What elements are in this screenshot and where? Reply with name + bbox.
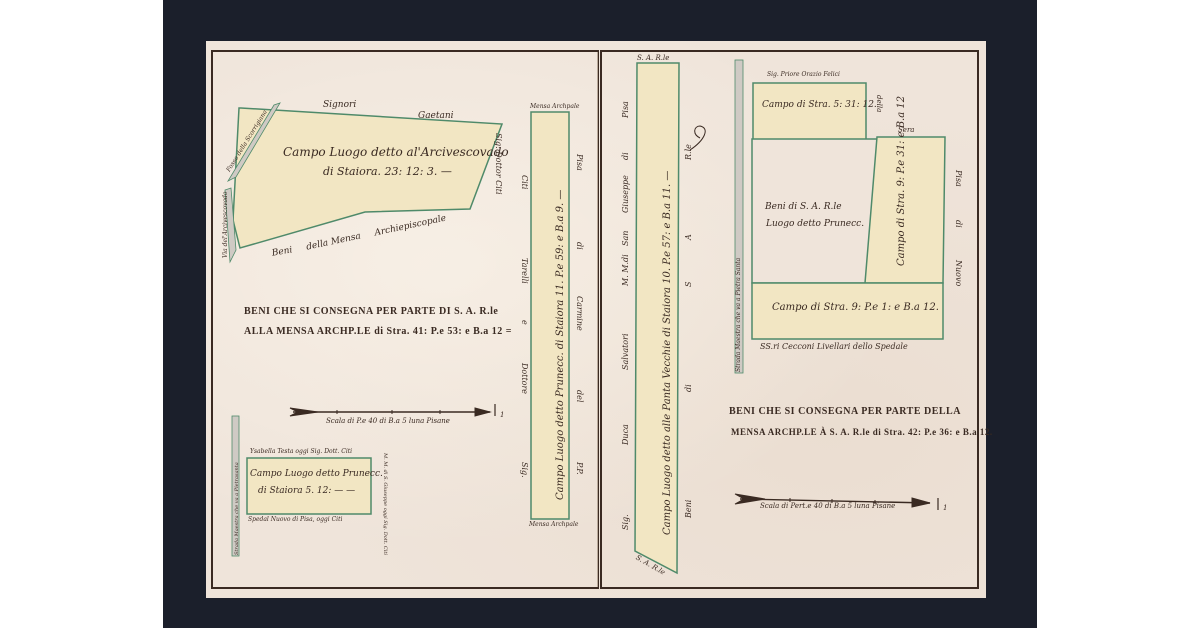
beni-block-line1: Beni di S. A. R.le <box>765 203 842 212</box>
field-strip-left-top: Mensa Archpale <box>530 104 579 110</box>
field-top-title-2: di Staiora. 23: 12: 3. — <box>323 166 452 177</box>
north-label-signori: Signori <box>323 101 356 110</box>
field-a-east: della <box>875 95 882 112</box>
left-scale-end: 1 <box>500 412 504 419</box>
strip2-right-label-5: Beni <box>685 500 693 518</box>
scale-bar-left <box>290 404 495 416</box>
strip2-left-label-5: di <box>622 254 630 262</box>
road-label-pietrasanta: Strada Maestra che va a Pietra Santa <box>736 258 742 372</box>
field-archivescovado <box>233 108 502 248</box>
strip2-left-label-4: San <box>622 231 630 246</box>
east-label-di: di <box>954 220 962 228</box>
strip2-left-label-6: M. M. <box>622 262 630 286</box>
field-strip-right-top: S. A. R.le <box>637 55 669 62</box>
strip2-right-label-2: A <box>685 234 693 240</box>
strip2-left-label-9: Sig. <box>622 514 630 530</box>
strip-left-side-label-5: Sig. <box>520 462 528 478</box>
strip2-right-label-3: S <box>685 282 693 287</box>
east-label-nuovo: Nuovo <box>954 260 962 286</box>
field-small-south: Spedal Nuovo di Pisa, oggi Citi <box>248 517 342 523</box>
right-scale-label: Scala di Pert.e 40 di B.a 5 luna Pisane <box>760 503 895 510</box>
right-scale-end: 1 <box>943 505 947 512</box>
strip-right-side-label-2: di <box>575 242 583 250</box>
field-top-title-1: Campo Luogo detto al'Arcivescovado <box>283 146 509 158</box>
field-b-title: Campo di Stra. 9: P.e 31: e B.a 12 <box>897 96 907 266</box>
strip2-right-label-1: R.le <box>685 144 693 160</box>
field-a-title: Campo di Stra. 5: 31: 12. <box>762 101 877 110</box>
strip-right-side-label-3: Carmine <box>575 296 583 331</box>
strip-left-side-label-1: Citi <box>520 175 528 189</box>
left-heading-line2: ALLA MENSA ARCHP.LE di Stra. 41: P.e 53:… <box>244 327 512 337</box>
strip2-left-label-8: Duca <box>622 424 630 445</box>
left-heading-line1: BENI CHE SI CONSEGNA PER PARTE DI S. A. … <box>244 307 498 317</box>
right-heading-line2: MENSA ARCHP.LE À S. A. R.le di Stra. 42:… <box>731 428 993 437</box>
field-small-west: Strada Maestra che va a Pietrasanta <box>235 462 240 555</box>
field-small-east: M. M. di S. Giuseppe oggi Sig. Dott. Cit… <box>382 453 387 555</box>
strip2-left-label-1: Pisa <box>622 101 630 118</box>
map-drawing <box>0 0 1200 628</box>
strip2-left-label-3: Giuseppe <box>622 175 630 213</box>
field-b-north: Sera <box>898 127 914 134</box>
strip-right-side-label-5: P.P. <box>575 462 583 475</box>
east-label-citi: Sig. Dottor Citi <box>494 133 502 195</box>
field-strip-left-bottom: Mensa Archpale <box>529 522 578 528</box>
strip-left-side-label-4: Dottore <box>520 363 528 394</box>
left-scale-label: Scala di P.e 40 di B.a 5 luna Pisane <box>326 418 450 425</box>
north-label-gaetani: Gaetani <box>418 112 454 121</box>
strip-left-side-label-3: e <box>520 320 528 325</box>
right-heading-line1: BENI CHE SI CONSEGNA PER PARTE DELLA <box>729 407 961 417</box>
field-a-north: Sig. Priore Orazio Felici <box>767 72 840 78</box>
field-small-title-2: di Staiora 5. 12: — — <box>258 487 355 496</box>
strip-right-side-label-4: del <box>575 390 583 402</box>
strip-right-side-label-1: Pisa <box>575 154 583 171</box>
field-small-title-1: Campo Luogo detto Prunecc. <box>250 470 383 479</box>
strip2-right-label-4: di <box>685 384 693 392</box>
field-c-title: Campo di Stra. 9: P.e 1: e B.a 12. <box>772 303 939 313</box>
field-a <box>753 83 866 140</box>
east-label-pisa: Pisa <box>954 170 962 187</box>
beni-block-line2: Luogo detto Prunecc. <box>766 220 864 229</box>
strip2-left-label-7: Salvatori <box>622 333 630 370</box>
strip2-left-label-2: di <box>622 152 630 160</box>
field-strip-left-title: Campo Luogo detto Prunecc. di Staiora 11… <box>556 190 566 500</box>
road-label-arcivescovado: Via del'Arcivescovado <box>223 192 229 258</box>
field-small-north: Ysabella Testa oggi Sig. Dott. Citi <box>250 449 352 455</box>
field-strip-right-title: Campo Luogo detto alle Panta Vecchie di … <box>663 171 673 535</box>
field-c-south: SS.ri Cecconi Livellari dello Spedale <box>760 343 908 351</box>
strip-left-side-label-2: Tarelli <box>520 258 528 284</box>
